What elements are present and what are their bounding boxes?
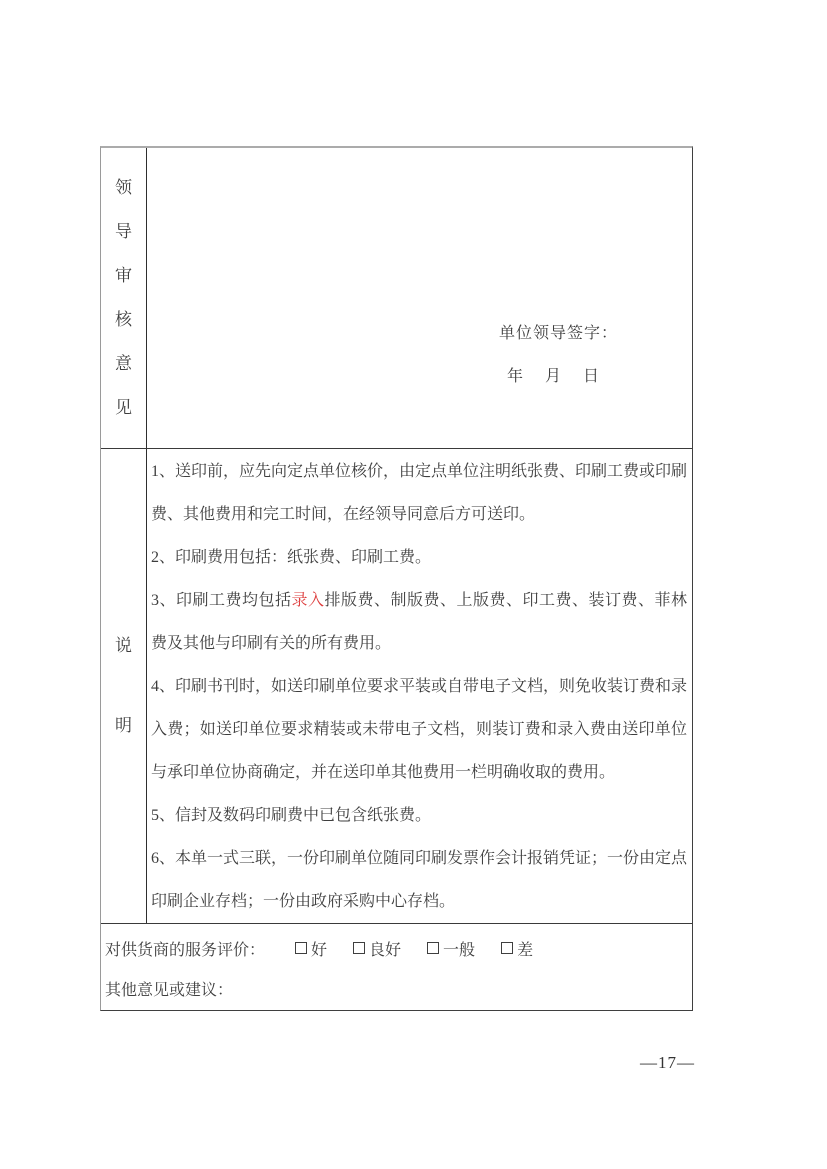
evaluation-row: 对供货商的服务评价： 好 良好 一般 bbox=[101, 924, 692, 1010]
comments-label: 其他意见或建议： bbox=[105, 977, 233, 1000]
note-item-2: 2、印刷费用包括：纸张费、印刷工费。 bbox=[151, 536, 687, 579]
note-item-1: 1、送印前，应先向定点单位核价，由定点单位注明纸张费、印刷工费或印刷费、其他费用… bbox=[151, 450, 687, 536]
note-item-4: 4、印刷书刊时，如送印刷单位要求平装或自带电子文档，则免收装订费和录入费；如送印… bbox=[151, 665, 687, 794]
leader-signature-label: 单位领导签字： bbox=[499, 320, 618, 343]
checkbox-label: 良好 bbox=[369, 937, 401, 960]
checkbox-label: 好 bbox=[311, 937, 327, 960]
checkbox-icon[interactable] bbox=[427, 942, 439, 954]
checkbox-option-poor[interactable]: 差 bbox=[501, 937, 533, 960]
form-table: 领导审核意见 单位领导签字： 年 月 日 说明 1、送印前，应先向定点单位核价，… bbox=[100, 146, 693, 1011]
notes-content-cell: 1、送印前，应先向定点单位核价，由定点单位注明纸张费、印刷工费或印刷费、其他费用… bbox=[147, 449, 692, 923]
note-item-6: 6、本单一式三联，一份印刷单位随同印刷发票作会计报销凭证；一份由定点印刷企业存档… bbox=[151, 837, 687, 923]
checkbox-option-average[interactable]: 一般 bbox=[427, 937, 475, 960]
checkbox-label: 一般 bbox=[443, 937, 475, 960]
checkbox-icon[interactable] bbox=[501, 942, 513, 954]
note-item-5: 5、信封及数码印刷费中已包含纸张费。 bbox=[151, 794, 687, 837]
review-content-cell: 单位领导签字： 年 月 日 bbox=[147, 148, 692, 448]
review-row-label: 领导审核意见 bbox=[101, 148, 147, 448]
evaluation-options: 好 良好 一般 差 bbox=[295, 937, 533, 960]
notes-row: 说明 1、送印前，应先向定点单位核价，由定点单位注明纸张费、印刷工费或印刷费、其… bbox=[101, 449, 692, 924]
checkbox-icon[interactable] bbox=[353, 942, 365, 954]
notes-row-label: 说明 bbox=[101, 449, 147, 923]
review-row: 领导审核意见 单位领导签字： 年 月 日 bbox=[101, 148, 692, 449]
evaluation-question-label: 对供货商的服务评价： bbox=[105, 937, 265, 960]
page-number: —17— bbox=[640, 1053, 695, 1073]
document-page: 领导审核意见 单位领导签字： 年 月 日 说明 1、送印前，应先向定点单位核价，… bbox=[0, 0, 827, 1169]
checkbox-option-fairly-good[interactable]: 良好 bbox=[353, 937, 401, 960]
evaluation-question-line: 对供货商的服务评价： 好 良好 一般 bbox=[105, 928, 684, 968]
comments-line: 其他意见或建议： bbox=[105, 968, 684, 1008]
highlighted-text: 录入 bbox=[292, 592, 325, 609]
checkbox-icon[interactable] bbox=[295, 942, 307, 954]
notes-text: 1、送印前，应先向定点单位核价，由定点单位注明纸张费、印刷工费或印刷费、其他费用… bbox=[147, 449, 692, 923]
date-label: 年 月 日 bbox=[507, 363, 602, 386]
note-item-3: 3、印刷工费均包括录入排版费、制版费、上版费、印工费、装订费、菲林费及其他与印刷… bbox=[151, 579, 687, 665]
checkbox-label: 差 bbox=[517, 937, 533, 960]
checkbox-option-good[interactable]: 好 bbox=[295, 937, 327, 960]
